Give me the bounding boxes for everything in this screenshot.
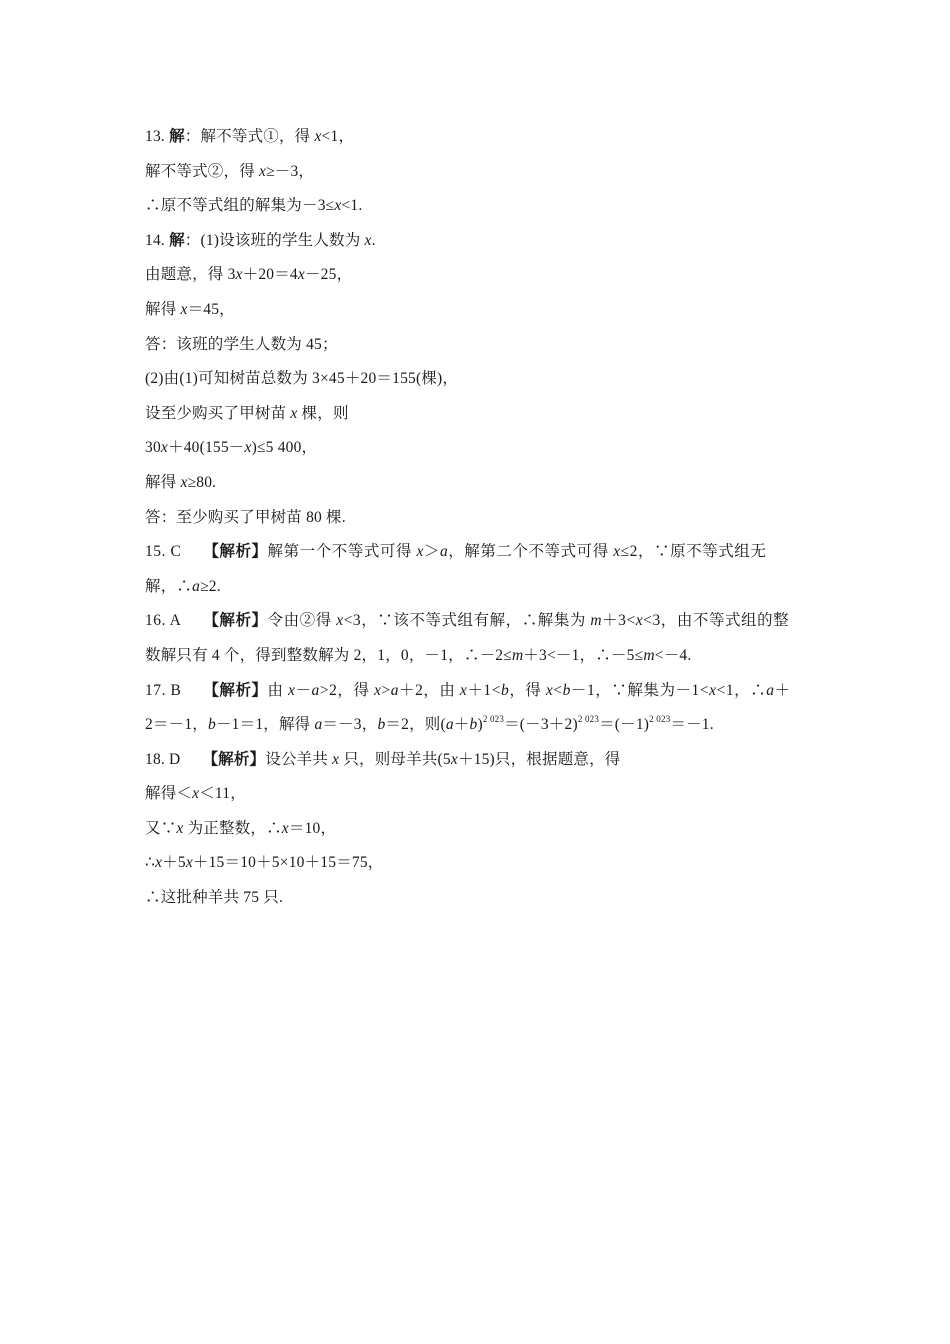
math-variable: m <box>590 612 602 629</box>
math-variable: a <box>440 543 448 560</box>
text-run: <1， <box>322 128 355 145</box>
text-run: ＝(－3＋2) <box>504 716 578 733</box>
text-line-q13-l3: ∴原不等式组的解集为－3≤x<1. <box>145 193 810 228</box>
text-run: ∴这批种羊共 75 只. <box>145 889 283 906</box>
text-run: 棵，则 <box>297 405 348 422</box>
math-variable: a <box>192 578 200 595</box>
text-run: －1＝1，解得 <box>216 716 314 733</box>
math-variable: a <box>391 682 399 699</box>
text-run: ＜11， <box>199 785 246 802</box>
text-run: ＝(－1) <box>599 716 649 733</box>
math-variable: x <box>161 439 168 456</box>
text-line-q14-l9: 答：至少购买了甲树苗 80 棵. <box>145 505 810 540</box>
text-run: <1，∴ <box>717 682 767 699</box>
text-run: 又∵ <box>145 820 176 837</box>
text-run: 为正整数，∴ <box>184 820 282 837</box>
text-run: 解得 <box>145 474 180 491</box>
text-run: ＝－3， <box>322 716 377 733</box>
text-run: －25， <box>305 266 352 283</box>
exponent: 2 023 <box>649 714 670 724</box>
text-line-q17-l2: 2＝－1，b－1＝1，解得 a＝－3，b＝2，则(a＋b)2 023＝(－3＋2… <box>145 712 810 747</box>
text-run: ＋3< <box>602 612 636 629</box>
math-variable: x <box>314 128 321 145</box>
text-run: ≥2. <box>200 578 221 595</box>
math-variable: b <box>563 682 571 699</box>
math-variable: m <box>512 647 523 664</box>
text-run: － <box>295 682 311 699</box>
math-variable: x <box>180 474 187 491</box>
text-run: 答：该班的学生人数为 45； <box>145 336 338 353</box>
text-run: ：解不等式①，得 <box>185 128 315 145</box>
text-run: <1. <box>341 197 362 214</box>
text-run: 解，∴ <box>145 578 192 595</box>
text-run: ＋3<－1，∴－5≤ <box>523 647 643 664</box>
text-line-q18-l1: 18. D【解析】设公羊共 x 只，则母羊共(5x＋15)只，根据题意，得 <box>145 747 810 782</box>
text-run: ＝45， <box>188 301 235 318</box>
document-page: 13. 解：解不等式①，得 x<1，解不等式②，得 x≥－3，∴原不等式组的解集… <box>0 0 950 1344</box>
math-variable: a <box>312 682 320 699</box>
text-run: ＋15)只，根据题意，得 <box>458 751 621 768</box>
text-line-q17-l1: 17. B【解析】由 x－a>2，得 x>a＋2，由 x＋1<b，得 x<b－1… <box>145 678 810 713</box>
text-run: 由 <box>268 682 288 699</box>
bold-label: 解 <box>169 232 185 249</box>
math-variable: m <box>643 647 654 664</box>
math-variable: x <box>336 612 343 629</box>
bold-label: 【解析】 <box>203 682 267 699</box>
text-line-q15-l1: 15. C【解析】解第一个不等式可得 x＞a，解第二个不等式可得 x≤2，∵原不… <box>145 539 810 574</box>
text-run: ＝10， <box>289 820 336 837</box>
text-line-q14-l3: 解得 x＝45， <box>145 297 810 332</box>
text-run: . <box>372 232 376 249</box>
text-run: 16. A <box>145 612 181 629</box>
text-run: 数解只有 4 个，得到整数解为 2，1，0，－1，∴－2≤ <box>145 647 512 664</box>
math-variable: x <box>451 751 458 768</box>
math-variable: x <box>416 543 423 560</box>
text-run: < <box>553 682 562 699</box>
text-run: 设公羊共 <box>265 751 332 768</box>
text-run: 设至少购买了甲树苗 <box>145 405 290 422</box>
text-line-q18-l2: 解得＜x＜11， <box>145 781 810 816</box>
text-run: ∴ <box>145 854 155 871</box>
text-line-q18-l4: ∴x＋5x＋15＝10＋5×10＋15＝75， <box>145 850 810 885</box>
text-line-q14-l4: 答：该班的学生人数为 45； <box>145 332 810 367</box>
text-run: ＝2，则( <box>385 716 445 733</box>
text-line-q14-l6: 设至少购买了甲树苗 x 棵，则 <box>145 401 810 436</box>
bold-label: 【解析】 <box>203 612 267 629</box>
text-run: ＋2，由 <box>399 682 460 699</box>
text-run: ：(1)设该班的学生人数为 <box>185 232 365 249</box>
text-run: 答：至少购买了甲树苗 80 棵. <box>145 509 346 526</box>
math-variable: x <box>365 232 372 249</box>
math-variable: x <box>186 854 193 871</box>
math-variable: x <box>236 266 243 283</box>
math-variable: x <box>298 266 305 283</box>
text-run: ≥－3， <box>266 163 314 180</box>
text-run: 解得＜ <box>145 785 192 802</box>
text-run: )≤5 400， <box>252 439 318 456</box>
math-variable: x <box>259 163 266 180</box>
text-run: ＞ <box>424 543 440 560</box>
text-run: ≤2，∵原不等式组无 <box>621 543 767 560</box>
math-variable: x <box>180 301 187 318</box>
text-run: ＋20＝4 <box>243 266 298 283</box>
math-variable: a <box>766 682 774 699</box>
text-run: 由题意，得 3 <box>145 266 236 283</box>
text-run: 令由②得 <box>268 612 337 629</box>
text-run: ，解第二个不等式可得 <box>448 543 613 560</box>
text-line-q15-l2: 解，∴a≥2. <box>145 574 810 609</box>
text-run: <－4. <box>655 647 692 664</box>
text-run: 解不等式②，得 <box>145 163 259 180</box>
text-line-q13-l1: 13. 解：解不等式①，得 x<1， <box>145 124 810 159</box>
math-variable: x <box>176 820 183 837</box>
text-run: －1，∵解集为－1< <box>571 682 709 699</box>
text-run: ≥80. <box>188 474 217 491</box>
text-line-q14-l5: (2)由(1)可知树苗总数为 3×45＋20＝155(棵)， <box>145 366 810 401</box>
exponent: 2 023 <box>578 714 599 724</box>
math-variable: b <box>208 716 216 733</box>
math-variable: x <box>282 820 289 837</box>
text-line-q16-l2: 数解只有 4 个，得到整数解为 2，1，0，－1，∴－2≤m＋3<－1，∴－5≤… <box>145 643 810 678</box>
bold-label: 解 <box>169 128 185 145</box>
text-run: ，得 <box>509 682 546 699</box>
text-run: ＋ <box>454 716 470 733</box>
text-run: >2，得 <box>320 682 374 699</box>
math-variable: a <box>446 716 454 733</box>
text-run: 解第一个不等式可得 <box>268 543 417 560</box>
bold-label: 【解析】 <box>202 751 265 768</box>
text-run: 30 <box>145 439 161 456</box>
text-run: (2)由(1)可知树苗总数为 3×45＋20＝155(棵)， <box>145 370 458 387</box>
text-run: <3，由不等式组的整 <box>643 612 789 629</box>
text-line-q13-l2: 解不等式②，得 x≥－3， <box>145 159 810 194</box>
bold-label: 【解析】 <box>203 543 267 560</box>
text-run: ＋ <box>775 682 791 699</box>
text-run: 2＝－1， <box>145 716 208 733</box>
text-run: 17. B <box>145 682 181 699</box>
text-run: ∴原不等式组的解集为－3≤ <box>145 197 334 214</box>
text-line-q14-l8: 解得 x≥80. <box>145 470 810 505</box>
text-run: 18. D <box>145 751 180 768</box>
math-variable: x <box>613 543 620 560</box>
answer-content: 13. 解：解不等式①，得 x<1，解不等式②，得 x≥－3，∴原不等式组的解集… <box>145 124 810 920</box>
text-run: > <box>381 682 390 699</box>
text-line-q14-l1: 14. 解：(1)设该班的学生人数为 x. <box>145 228 810 263</box>
text-line-q16-l1: 16. A【解析】令由②得 x<3，∵该不等式组有解，∴解集为 m＋3<x<3，… <box>145 608 810 643</box>
text-run: ＝－1. <box>670 716 713 733</box>
text-run: ＋15＝10＋5×10＋15＝75， <box>193 854 384 871</box>
text-run: ＋5 <box>162 854 186 871</box>
text-line-q18-l3: 又∵x 为正整数，∴x＝10， <box>145 816 810 851</box>
text-run: 解得 <box>145 301 180 318</box>
text-run: 13. <box>145 128 169 145</box>
text-run: 14. <box>145 232 169 249</box>
text-run: 15. C <box>145 543 181 560</box>
math-variable: x <box>709 682 716 699</box>
text-run: ＋1< <box>467 682 501 699</box>
text-line-q18-l5: ∴这批种羊共 75 只. <box>145 885 810 920</box>
text-run: ＋40(155－ <box>168 439 245 456</box>
math-variable: x <box>245 439 252 456</box>
exponent: 2 023 <box>483 714 504 724</box>
text-run: <3，∵该不等式组有解，∴解集为 <box>344 612 591 629</box>
text-line-q14-l7: 30x＋40(155－x)≤5 400， <box>145 435 810 470</box>
text-line-q14-l2: 由题意，得 3x＋20＝4x－25， <box>145 262 810 297</box>
text-run: 只，则母羊共(5 <box>339 751 451 768</box>
